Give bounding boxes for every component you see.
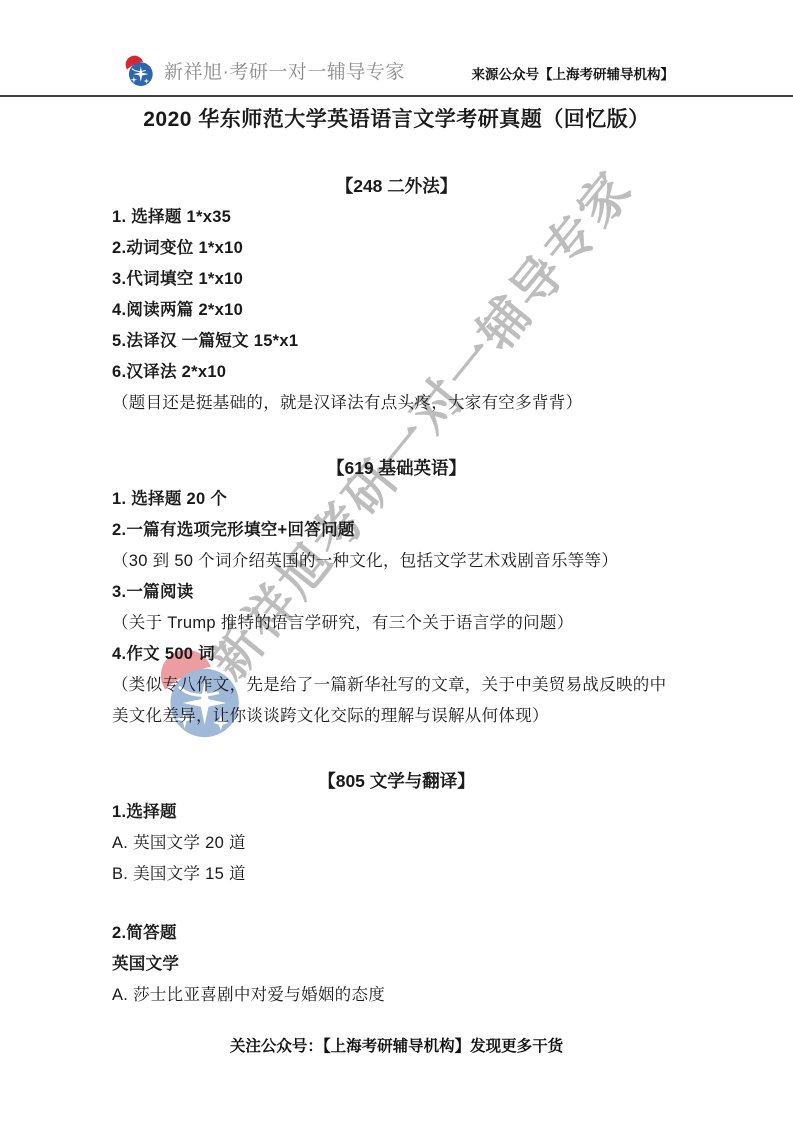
doc-line: 3.代词填空 1*x10: [112, 264, 681, 295]
doc-line: 4.阅读两篇 2*x10: [112, 295, 681, 326]
doc-line: 2.一篇有选项完形填空+回答问题: [112, 515, 681, 546]
exam-section: 【619 基础英语】 1. 选择题 20 个2.一篇有选项完形填空+回答问题（3…: [112, 453, 681, 732]
document-page: 新祥旭考研一对一辅导专家 新祥旭·考研一对一辅导专家 来源公众号【上海考研辅导机…: [0, 0, 793, 1122]
doc-line: 1. 选择题 1*x35: [112, 202, 681, 233]
exam-section: 【805 文学与翻译】 1.选择题A. 英国文学 20 道B. 美国文学 15 …: [112, 766, 681, 1011]
source-account-label: 来源公众号【上海考研辅导机构】: [472, 63, 675, 83]
doc-line: A. 莎士比亚喜剧中对爱与婚姻的态度: [112, 980, 681, 1011]
doc-line: 3.一篇阅读: [112, 577, 681, 608]
page-header: 新祥旭·考研一对一辅导专家 来源公众号【上海考研辅导机构】: [0, 0, 793, 97]
section-heading: 【805 文学与翻译】: [112, 766, 681, 797]
doc-line: 5.法译汉 一篇短文 15*x1: [112, 326, 681, 357]
doc-line: （题目还是挺基础的，就是汉译法有点头疼，大家有空多背背）: [112, 388, 681, 419]
document-title: 2020 华东师范大学英语语言文学考研真题（回忆版）: [112, 103, 681, 137]
doc-line: 英国文学: [112, 949, 681, 980]
doc-line: A. 英国文学 20 道: [112, 828, 681, 859]
section-heading: 【619 基础英语】: [112, 453, 681, 484]
sections: 【248 二外法】 1. 选择题 1*x352.动词变位 1*x103.代词填空…: [112, 171, 681, 1011]
section-lines: 1. 选择题 1*x352.动词变位 1*x103.代词填空 1*x104.阅读…: [112, 202, 681, 419]
doc-line: 1.选择题: [112, 797, 681, 828]
section-lines: 1. 选择题 20 个2.一篇有选项完形填空+回答问题（30 到 50 个词介绍…: [112, 484, 681, 732]
brand-slogan: 新祥旭·考研一对一辅导专家: [164, 57, 405, 84]
doc-line: 2.动词变位 1*x10: [112, 233, 681, 264]
exam-section: 【248 二外法】 1. 选择题 1*x352.动词变位 1*x103.代词填空…: [112, 171, 681, 419]
doc-line: 6.汉译法 2*x10: [112, 357, 681, 388]
doc-line: 2.简答题: [112, 918, 681, 949]
doc-line: （关于 Trump 推特的语言学研究，有三个关于语言学的问题）: [112, 608, 681, 639]
doc-line: 1. 选择题 20 个: [112, 484, 681, 515]
brand-logo-icon: [122, 54, 155, 87]
doc-line: （30 到 50 个词介绍英国的一种文化，包括文学艺术戏剧音乐等等）: [112, 546, 681, 577]
doc-line: 4.作文 500 词: [112, 639, 681, 670]
doc-line: （类似专八作文，先是给了一篇新华社写的文章，关于中美贸易战反映的中美文化差异，让…: [112, 670, 681, 732]
document-body: 2020 华东师范大学英语语言文学考研真题（回忆版） 【248 二外法】 1. …: [112, 99, 681, 1062]
section-heading: 【248 二外法】: [112, 171, 681, 202]
section-lines: 1.选择题A. 英国文学 20 道B. 美国文学 15 道2.简答题英国文学A.…: [112, 797, 681, 1011]
doc-line: B. 美国文学 15 道: [112, 859, 681, 890]
footer-note: 关注公众号：【上海考研辅导机构】发现更多干货: [112, 1031, 681, 1062]
brand-block: 新祥旭·考研一对一辅导专家: [122, 54, 405, 87]
